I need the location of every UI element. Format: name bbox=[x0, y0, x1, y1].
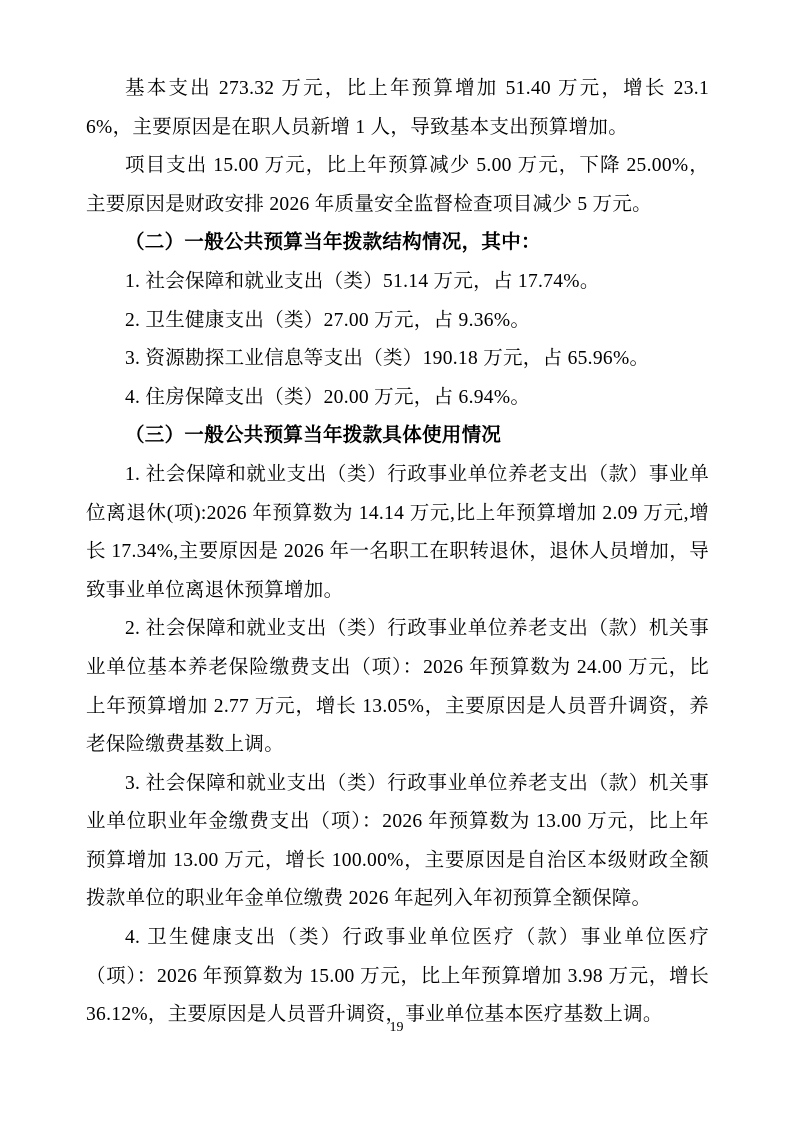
list-item-health: 2. 卫生健康支出（类）27.00 万元，占 9.36%。 bbox=[86, 302, 709, 341]
paragraph-retirement-item: 1. 社会保障和就业支出（类）行政事业单位养老支出（款）事业单位离退休(项):2… bbox=[86, 456, 709, 610]
section-heading-3: （三）一般公共预算当年拨款具体使用情况 bbox=[86, 417, 709, 456]
page-number: 19 bbox=[0, 1018, 793, 1038]
document-body: 基本支出 273.32 万元，比上年预算增加 51.40 万元，增长 23.16… bbox=[86, 70, 709, 1035]
list-item-resource-exploration: 3. 资源勘探工业信息等支出（类）190.18 万元，占 65.96%。 bbox=[86, 340, 709, 379]
document-page: 基本支出 273.32 万元，比上年预算增加 51.40 万元，增长 23.16… bbox=[0, 0, 793, 1122]
paragraph-project-expenditure: 项目支出 15.00 万元，比上年预算减少 5.00 万元，下降 25.00%，… bbox=[86, 147, 709, 224]
section-heading-2: （二）一般公共预算当年拨款结构情况，其中： bbox=[86, 224, 709, 263]
paragraph-annuity-item: 3. 社会保障和就业支出（类）行政事业单位养老支出（款）机关事业单位职业年金缴费… bbox=[86, 765, 709, 919]
paragraph-pension-insurance-item: 2. 社会保障和就业支出（类）行政事业单位养老支出（款）机关事业单位基本养老保险… bbox=[86, 610, 709, 764]
paragraph-basic-expenditure: 基本支出 273.32 万元，比上年预算增加 51.40 万元，增长 23.16… bbox=[86, 70, 709, 147]
list-item-social-security: 1. 社会保障和就业支出（类）51.14 万元，占 17.74%。 bbox=[86, 263, 709, 302]
list-item-housing-security: 4. 住房保障支出（类）20.00 万元，占 6.94%。 bbox=[86, 379, 709, 418]
